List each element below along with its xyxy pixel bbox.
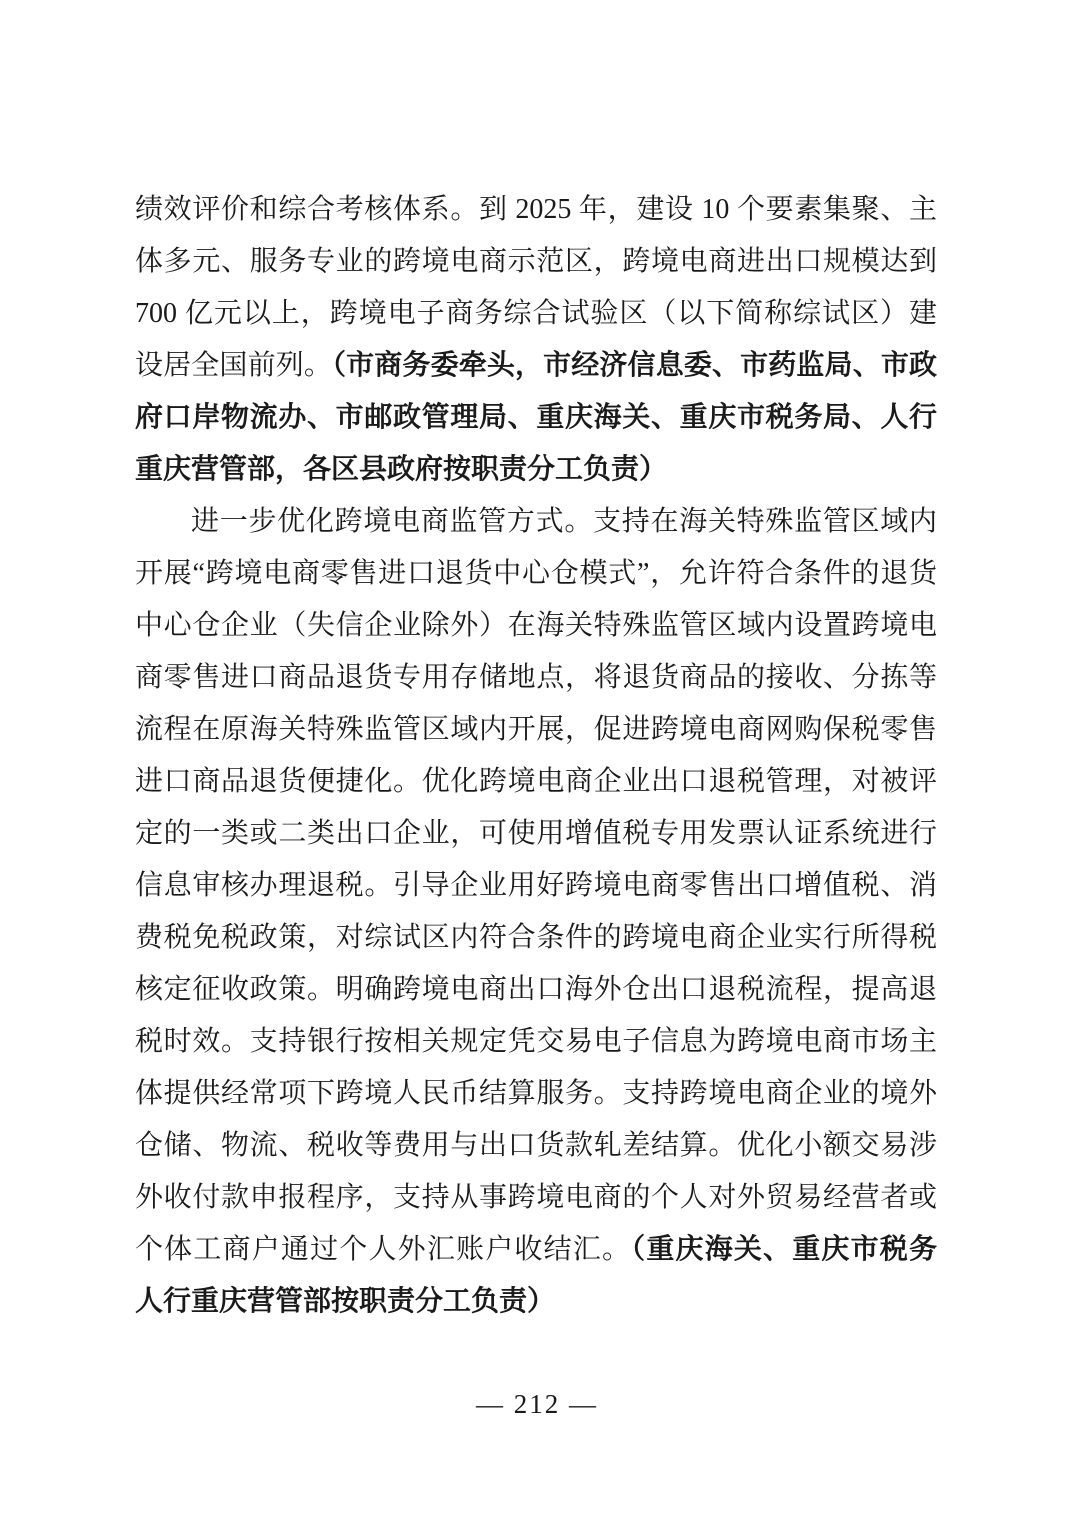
text-line: 人行重庆营管部按职责分工负责） [135, 1276, 937, 1328]
text-segment: 进一步优化跨境电商监管方式。支持在海关特殊监管区域内 [191, 506, 937, 537]
text-segment: 外收付款申报程序，支持从事跨境电商的个人对外贸易经营者或 [135, 1182, 937, 1213]
text-line: 开展“跨境电商零售进口退货中心仓模式”，允许符合条件的退货 [135, 548, 937, 600]
text-line: 个体工商户通过个人外汇账户收结汇。（重庆海关、重庆市税务局、 [135, 1224, 937, 1276]
text-line: 流程在原海关特殊监管区域内开展，促进跨境电商网购保税零售 [135, 704, 937, 756]
text-segment: 体多元、服务专业的跨境电商示范区，跨境电商进出口规模达到 [135, 246, 937, 277]
text-segment-bold: 府口岸物流办、市邮政管理局、重庆海关、重庆市税务局、人行 [135, 402, 937, 433]
text-segment-bold: 人行重庆营管部按职责分工负责） [135, 1286, 555, 1317]
text-line: 设居全国前列。（市商务委牵头，市经济信息委、市药监局、市政 [135, 340, 937, 392]
text-line: 定的一类或二类出口企业，可使用增值税专用发票认证系统进行 [135, 808, 937, 860]
text-line: 体提供经常项下跨境人民币结算服务。支持跨境电商企业的境外 [135, 1068, 937, 1120]
text-segment: 绩效评价和综合考核体系。到 2025 年，建设 10 个要素集聚、主 [135, 194, 937, 225]
text-line: 府口岸物流办、市邮政管理局、重庆海关、重庆市税务局、人行 [135, 392, 937, 444]
text-segment: 信息审核办理退税。引导企业用好跨境电商零售出口增值税、消 [135, 870, 937, 901]
text-line: 费税免税政策，对综试区内符合条件的跨境电商企业实行所得税 [135, 912, 937, 964]
text-segment: 商零售进口商品退货专用存储地点，将退货商品的接收、分拣等 [135, 662, 937, 693]
text-line: 重庆营管部，各区县政府按职责分工负责） [135, 444, 937, 496]
text-line: 进一步优化跨境电商监管方式。支持在海关特殊监管区域内 [135, 496, 937, 548]
text-line: 进口商品退货便捷化。优化跨境电商企业出口退税管理，对被评 [135, 756, 937, 808]
text-line: 绩效评价和综合考核体系。到 2025 年，建设 10 个要素集聚、主 [135, 184, 937, 236]
page-number: — 212 — [0, 1382, 1074, 1426]
text-segment: 仓储、物流、税收等费用与出口货款轧差结算。优化小额交易涉 [135, 1130, 937, 1161]
text-segment: 设居全国前列。 [135, 350, 332, 381]
text-line: 税时效。支持银行按相关规定凭交易电子信息为跨境电商市场主 [135, 1016, 937, 1068]
text-segment: 费税免税政策，对综试区内符合条件的跨境电商企业实行所得税 [135, 922, 937, 953]
text-line: 700 亿元以上，跨境电子商务综合试验区（以下简称综试区）建 [135, 288, 937, 340]
document-body: 绩效评价和综合考核体系。到 2025 年，建设 10 个要素集聚、主 体多元、服… [135, 184, 937, 1328]
text-segment: 700 亿元以上，跨境电子商务综合试验区（以下简称综试区）建 [135, 298, 937, 329]
text-segment: 定的一类或二类出口企业，可使用增值税专用发票认证系统进行 [135, 818, 937, 849]
document-page: 绩效评价和综合考核体系。到 2025 年，建设 10 个要素集聚、主 体多元、服… [0, 0, 1074, 1520]
text-segment: 中心仓企业（失信企业除外）在海关特殊监管区域内设置跨境电 [135, 610, 937, 641]
text-segment-bold: （市商务委牵头，市经济信息委、市药监局、市政 [332, 350, 937, 381]
text-segment-bold: 重庆营管部，各区县政府按职责分工负责） [135, 454, 667, 485]
text-line: 信息审核办理退税。引导企业用好跨境电商零售出口增值税、消 [135, 860, 937, 912]
text-line: 中心仓企业（失信企业除外）在海关特殊监管区域内设置跨境电 [135, 600, 937, 652]
text-segment: 税时效。支持银行按相关规定凭交易电子信息为跨境电商市场主 [135, 1026, 937, 1057]
text-segment: 进口商品退货便捷化。优化跨境电商企业出口退税管理，对被评 [135, 766, 937, 797]
text-segment: 体提供经常项下跨境人民币结算服务。支持跨境电商企业的境外 [135, 1078, 937, 1109]
text-segment: 开展“跨境电商零售进口退货中心仓模式”，允许符合条件的退货 [135, 558, 937, 589]
text-line: 仓储、物流、税收等费用与出口货款轧差结算。优化小额交易涉 [135, 1120, 937, 1172]
text-line: 核定征收政策。明确跨境电商出口海外仓出口退税流程，提高退 [135, 964, 937, 1016]
text-line: 外收付款申报程序，支持从事跨境电商的个人对外贸易经营者或 [135, 1172, 937, 1224]
text-line: 体多元、服务专业的跨境电商示范区，跨境电商进出口规模达到 [135, 236, 937, 288]
text-segment: 核定征收政策。明确跨境电商出口海外仓出口退税流程，提高退 [135, 974, 937, 1005]
text-segment: 流程在原海关特殊监管区域内开展，促进跨境电商网购保税零售 [135, 714, 937, 745]
text-segment: 个体工商户通过个人外汇账户收结汇。 [135, 1234, 631, 1265]
text-line: 商零售进口商品退货专用存储地点，将退货商品的接收、分拣等 [135, 652, 937, 704]
